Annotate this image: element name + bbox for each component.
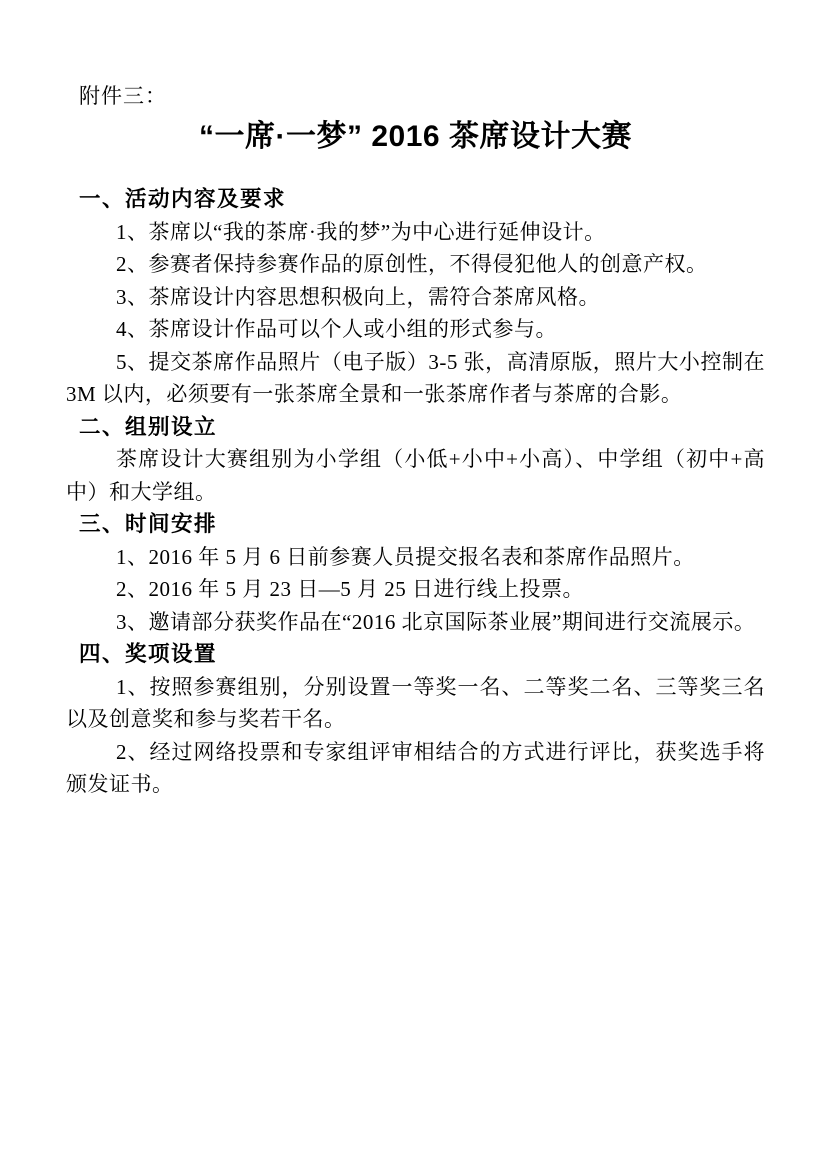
section-1-item-1: 1、茶席以“我的茶席·我的梦”为中心进行延伸设计。 — [66, 216, 765, 249]
section-4-heading: 四、奖项设置 — [66, 638, 765, 671]
section-activity-content: 一、活动内容及要求 1、茶席以“我的茶席·我的梦”为中心进行延伸设计。 2、参赛… — [66, 183, 765, 411]
section-1-item-5: 5、提交茶席作品照片（电子版）3-5 张，高清原版，照片大小控制在 3M 以内，… — [66, 346, 765, 411]
section-3-heading: 三、时间安排 — [66, 508, 765, 541]
section-4-item-2: 2、经过网络投票和专家组评审相结合的方式进行评比，获奖选手将颁发证书。 — [66, 736, 765, 801]
section-2-item-1: 茶席设计大赛组别为小学组（小低+小中+小高）、中学组（初中+高中）和大学组。 — [66, 443, 765, 508]
section-1-heading: 一、活动内容及要求 — [66, 183, 765, 216]
section-1-item-3: 3、茶席设计内容思想积极向上，需符合茶席风格。 — [66, 281, 765, 314]
attachment-label: 附件三： — [66, 80, 765, 113]
section-1-item-2: 2、参赛者保持参赛作品的原创性，不得侵犯他人的创意产权。 — [66, 248, 765, 281]
section-groups: 二、组别设立 茶席设计大赛组别为小学组（小低+小中+小高）、中学组（初中+高中）… — [66, 411, 765, 509]
section-4-item-1: 1、按照参赛组别，分别设置一等奖一名、二等奖二名、三等奖三名以及创意奖和参与奖若… — [66, 671, 765, 736]
section-1-item-4: 4、茶席设计作品可以个人或小组的形式参与。 — [66, 313, 765, 346]
section-awards: 四、奖项设置 1、按照参赛组别，分别设置一等奖一名、二等奖二名、三等奖三名以及创… — [66, 638, 765, 801]
section-2-heading: 二、组别设立 — [66, 411, 765, 444]
document-page: 附件三： “一席·一梦” 2016 茶席设计大赛 一、活动内容及要求 1、茶席以… — [0, 0, 827, 1169]
section-3-item-2: 2、2016 年 5 月 23 日—5 月 25 日进行线上投票。 — [66, 573, 765, 606]
section-3-item-3: 3、邀请部分获奖作品在“2016 北京国际茶业展”期间进行交流展示。 — [66, 606, 765, 639]
document-title: “一席·一梦” 2016 茶席设计大赛 — [66, 115, 765, 159]
section-3-item-1: 1、2016 年 5 月 6 日前参赛人员提交报名表和茶席作品照片。 — [66, 541, 765, 574]
section-schedule: 三、时间安排 1、2016 年 5 月 6 日前参赛人员提交报名表和茶席作品照片… — [66, 508, 765, 638]
